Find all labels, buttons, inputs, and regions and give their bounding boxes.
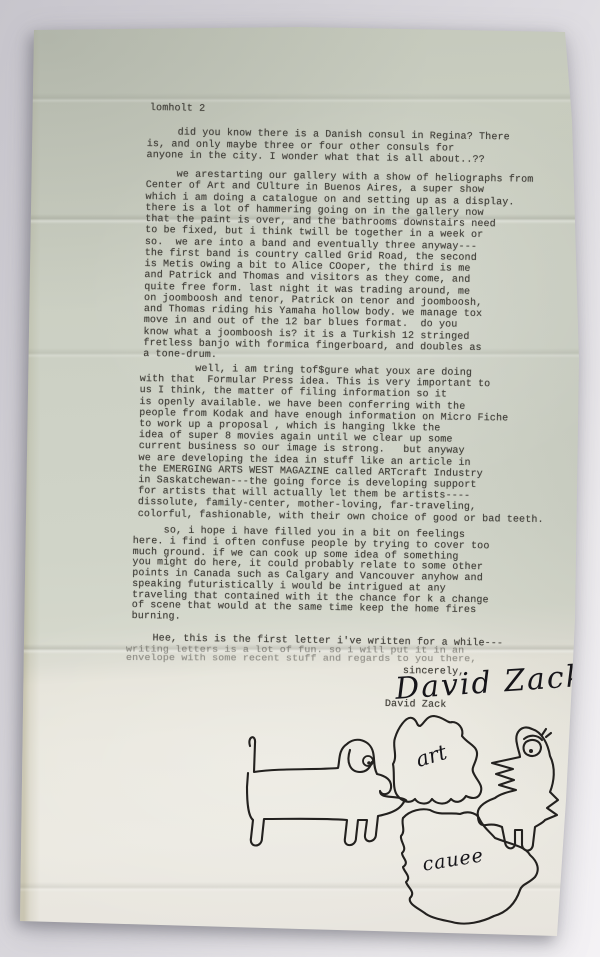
dog-pupil: [367, 761, 371, 765]
paragraph-consul: did you know there is a Danish consul in…: [146, 127, 509, 167]
paragraph-gallery-band: we arestarting our gallery with a show o…: [143, 169, 533, 366]
creature-pupil: [529, 749, 533, 753]
letter-paper: lomholt 2 did you know there is a Danish…: [0, 0, 600, 957]
paragraph-feelings: so, i hope i have filled you in a bit on…: [132, 526, 490, 628]
paper-shadow: lomholt 2 did you know there is a Danish…: [0, 0, 600, 957]
photo-background: lomholt 2 did you know there is a Danish…: [0, 0, 600, 957]
dog-ear: [348, 750, 372, 772]
creature-eye: [524, 736, 542, 756]
doodle-drawing: [220, 712, 575, 927]
closing-faded-lines: writing letters is a lot of fun. so i wi…: [126, 646, 477, 664]
fold-crease: [0, 93, 600, 103]
dog-doodle: [247, 737, 406, 845]
dog-eye: [363, 756, 373, 766]
creature-lashes: [542, 729, 551, 737]
paragraph-formular-press: well, i am tring tof$gure what youx are …: [138, 363, 546, 526]
typed-signature: David Zack: [385, 699, 447, 711]
letter-heading: lomholt 2: [150, 103, 206, 115]
